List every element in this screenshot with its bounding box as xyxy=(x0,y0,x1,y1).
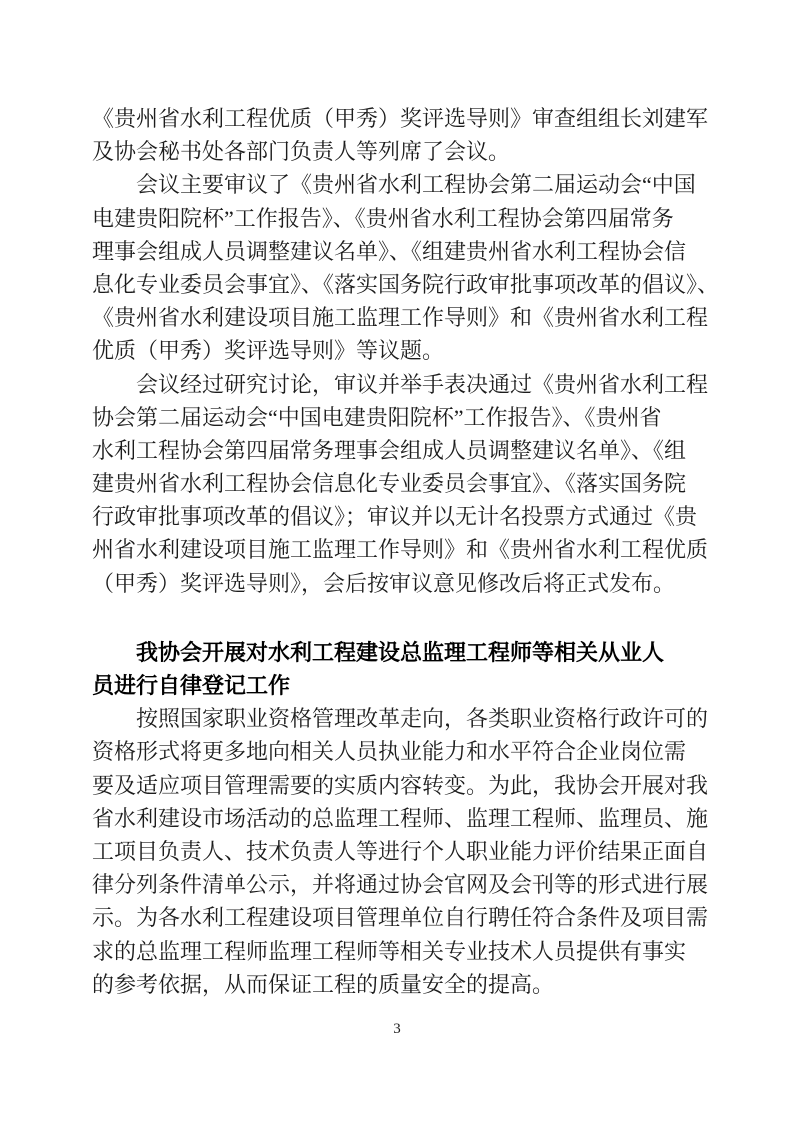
text-line: 资格形式将更多地向相关人员执业能力和水平符合企业岗位需 xyxy=(92,735,708,768)
text-line: 及协会秘书处各部门负责人等列席了会议。 xyxy=(92,135,708,168)
section-heading: 我协会开展对水利工程建设总监理工程师等相关从业人 员进行自律登记工作 xyxy=(92,636,708,702)
text-line: 行政审批事项改革的倡议》；审议并以无计名投票方式通过《贵 xyxy=(92,500,708,533)
text-line: 求的总监理工程师监理工程师等相关专业技术人员提供有事实 xyxy=(92,935,708,968)
text-line: 示。为各水利工程建设项目管理单位自行聘任符合条件及项目需 xyxy=(92,901,708,934)
paragraph-meeting-topics: 会议主要审议了《贵州省水利工程协会第二届运动会“中国 电建贵阳院杯”工作报告》、… xyxy=(92,168,708,367)
text-line: 电建贵阳院杯”工作报告》、《贵州省水利工程协会第四届常务 xyxy=(92,202,708,235)
text-line: 《贵州省水利建设项目施工监理工作导则》和《贵州省水利工程 xyxy=(92,301,708,334)
text-line: 会议主要审议了《贵州省水利工程协会第二届运动会“中国 xyxy=(92,168,708,201)
text-line: 工项目负责人、技术负责人等进行个人职业能力评价结果正面自 xyxy=(92,835,708,868)
text-line: 要及适应项目管理需要的实质内容转变。为此，我协会开展对我 xyxy=(92,769,708,802)
document-page: 《贵州省水利工程优质（甲秀）奖评选导则》审查组组长刘建军 及协会秘书处各部门负责… xyxy=(0,0,794,1123)
text-line: 《贵州省水利工程优质（甲秀）奖评选导则》审查组组长刘建军 xyxy=(92,102,708,135)
paragraph-self-discipline-registration: 按照国家职业资格管理改革走向，各类职业资格行政许可的 资格形式将更多地向相关人员… xyxy=(92,702,708,1001)
document-body: 《贵州省水利工程优质（甲秀）奖评选导则》审查组组长刘建军 及协会秘书处各部门负责… xyxy=(92,102,708,1001)
page-number: 3 xyxy=(0,1020,794,1038)
text-line: 息化专业委员会事宜》、《落实国务院行政审批事项改革的倡议》、 xyxy=(92,268,708,301)
text-line: 会议经过研究讨论，审议并举手表决通过《贵州省水利工程 xyxy=(92,368,708,401)
text-line: （甲秀）奖评选导则》，会后按审议意见修改后将正式发布。 xyxy=(92,567,708,600)
text-line: 优质（甲秀）奖评选导则》等议题。 xyxy=(92,334,708,367)
text-line: 州省水利建设项目施工监理工作导则》和《贵州省水利工程优质 xyxy=(92,533,708,566)
text-line: 理事会组成人员调整建议名单》、《组建贵州省水利工程协会信 xyxy=(92,235,708,268)
text-line: 律分列条件清单公示，并将通过协会官网及会刊等的形式进行展 xyxy=(92,868,708,901)
text-line: 水利工程协会第四届常务理事会组成人员调整建议名单》、《组 xyxy=(92,434,708,467)
text-line: 省水利建设市场活动的总监理工程师、监理工程师、监理员、施 xyxy=(92,802,708,835)
paragraph-continuation: 《贵州省水利工程优质（甲秀）奖评选导则》审查组组长刘建军 及协会秘书处各部门负责… xyxy=(92,102,708,168)
text-line: 的参考依据，从而保证工程的质量安全的提高。 xyxy=(92,968,708,1001)
text-line: 建贵州省水利工程协会信息化专业委员会事宜》、《落实国务院 xyxy=(92,467,708,500)
heading-line: 我协会开展对水利工程建设总监理工程师等相关从业人 xyxy=(92,636,708,669)
text-line: 按照国家职业资格管理改革走向，各类职业资格行政许可的 xyxy=(92,702,708,735)
paragraph-meeting-resolutions: 会议经过研究讨论，审议并举手表决通过《贵州省水利工程 协会第二届运动会“中国电建… xyxy=(92,368,708,600)
heading-line: 员进行自律登记工作 xyxy=(92,669,708,702)
text-line: 协会第二届运动会“中国电建贵阳院杯”工作报告》、《贵州省 xyxy=(92,401,708,434)
